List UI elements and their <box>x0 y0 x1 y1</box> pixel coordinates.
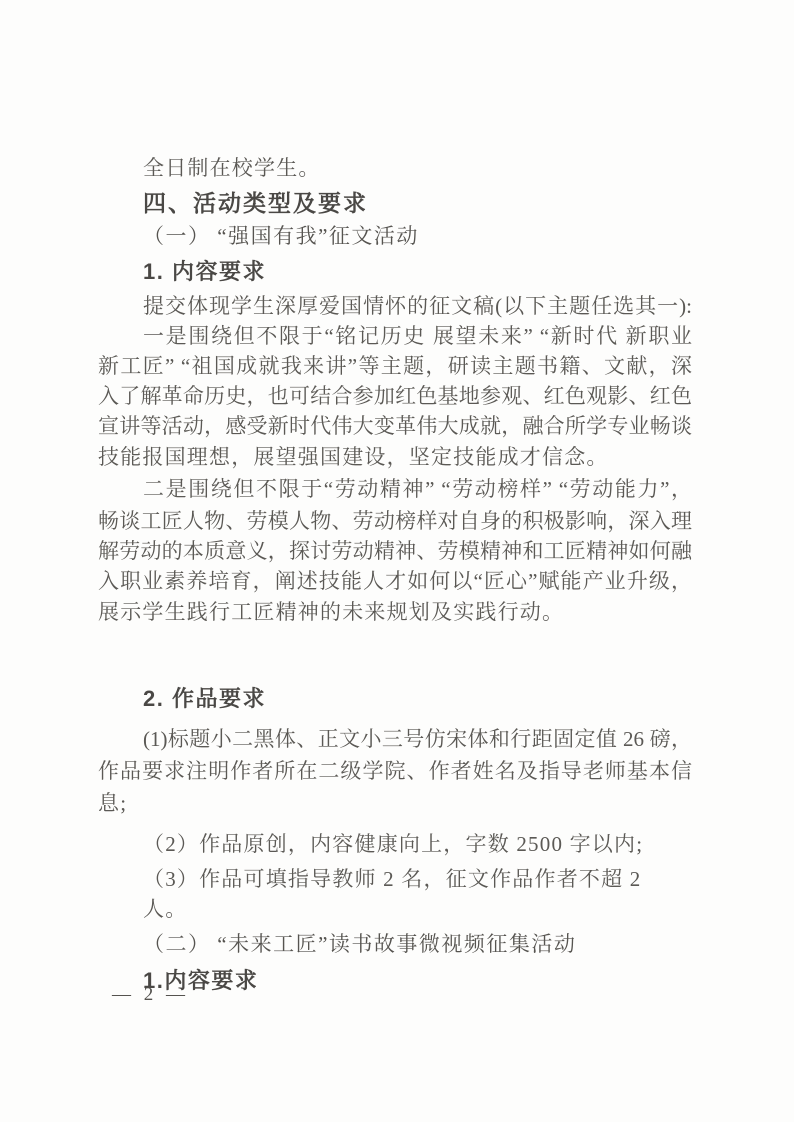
body-line: 新工匠” “祖国成就我来讲”等主题，研读主题书籍、文献，深 <box>98 351 692 381</box>
body-line: 一是围绕但不限于“铭记历史 展望未来” “新时代 新职业 <box>98 321 692 351</box>
paragraph-tail-line: 全日制在校学生。 <box>98 153 692 183</box>
body-line: 提交体现学生深厚爱国情怀的征文稿(以下主题任选其一): <box>98 291 692 321</box>
body-line: 解劳动的本质意义，探讨劳动精神、劳模精神和工匠精神如何融 <box>98 536 692 566</box>
body-line: 入了解革命历史，也可结合参加红色基地参观、红色观影、红色 <box>98 381 692 411</box>
page-number: — 2 — <box>112 984 189 1006</box>
heading-activity-types: 四、活动类型及要求 <box>98 188 692 218</box>
subheading-essay-activity: （一） “强国有我”征文活动 <box>98 221 692 251</box>
body-line: 展示学生践行工匠精神的未来规划及实践行动。 <box>98 597 692 627</box>
body-line: 二是围绕但不限于“劳动精神” “劳动榜样” “劳动能力”， <box>98 474 692 504</box>
body-line: 息; <box>98 788 692 818</box>
body-line: （2）作品原创，内容健康向上，字数 2500 字以内; <box>98 829 692 859</box>
document-body: 全日制在校学生。 四、活动类型及要求 （一） “强国有我”征文活动 1. 内容要… <box>98 153 692 996</box>
body-line: (1)标题小二黑体、正文小三号仿宋体和行距固定值 26 磅， <box>98 724 692 754</box>
body-line: 宣讲等活动，感受新时代伟大变革伟大成就，融合所学专业畅谈 <box>98 411 692 441</box>
heading-content-requirements-1: 1. 内容要求 <box>98 257 692 287</box>
scanned-document-page: 全日制在校学生。 四、活动类型及要求 （一） “强国有我”征文活动 1. 内容要… <box>0 0 794 1122</box>
body-line: 作品要求注明作者所在二级学院、作者姓名及指导老师基本信 <box>98 756 692 786</box>
body-line: 入职业素养培育，阐述技能人才如何以“匠心”赋能产业升级， <box>98 566 692 596</box>
body-line: 技能报国理想，展望强国建设，坚定技能成才信念。 <box>98 442 692 472</box>
body-line: 畅谈工匠人物、劳模人物、劳动榜样对自身的积极影响，深入理 <box>98 506 692 536</box>
body-line: （3）作品可填指导教师 2 名，征文作品作者不超 2 人。 <box>98 864 692 924</box>
heading-work-requirements: 2. 作品要求 <box>98 684 692 714</box>
subheading-video-activity: （二） “未来工匠”读书故事微视频征集活动 <box>98 929 692 959</box>
